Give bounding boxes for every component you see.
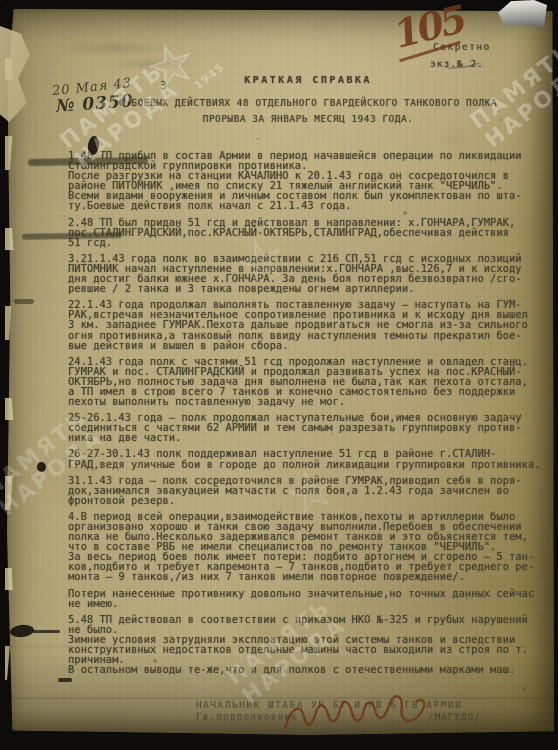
stamp-digit: 3 (160, 79, 167, 92)
ink-smear (14, 299, 34, 304)
paragraph-3c: 25-26.1.43 года — полк продолжал наступа… (68, 413, 550, 443)
paragraph-3: 3.21.1.43 года полк во взаимодействии с … (68, 254, 550, 294)
paragraph-5: 5.48 ТП действовал в соответствии с прик… (68, 615, 550, 676)
paragraph-3a: 22.1.43 года продолжал выполнять поставл… (68, 300, 550, 350)
paragraph-3b: 24.1.43 года полк с частями 51 гсд продо… (68, 357, 550, 407)
paper-speckles (0, 0, 2, 2)
ink-blot (37, 462, 46, 472)
paragraph-3e: 31.1.43 года — полк сосредоточился в рай… (68, 476, 550, 506)
document-scan: 105 Секретно экз.№ 2. 20 Мая 43 № 0350 3… (0, 0, 558, 750)
torn-paper-fragment (497, 0, 547, 28)
paragraph-4a: Потери нанесенные противнику довольно зн… (68, 589, 550, 609)
paragraph-4: 4.В период всей операции,взаимодействие … (68, 512, 550, 583)
ink-dash (58, 678, 72, 682)
document-body: 1.48 ТП прибыл в состав Армии в период н… (68, 151, 550, 681)
paragraph-2: 2.48 ТП был придан 51 гсд и действовал в… (68, 218, 550, 248)
document-subtitle: О БОЕВЫХ ДЕЙСТВИЯХ 48 ОТДЕЛЬНОГО ГВАРДЕЙ… (68, 96, 548, 128)
ink-blot-tail (32, 630, 60, 633)
document-title: КРАТКАЯ СПРАВКА (68, 75, 548, 86)
paragraph-3d: 26-27-30.1.43 полк поддерживал наступлен… (68, 449, 550, 469)
faded-stamp-smudge (48, 38, 218, 72)
